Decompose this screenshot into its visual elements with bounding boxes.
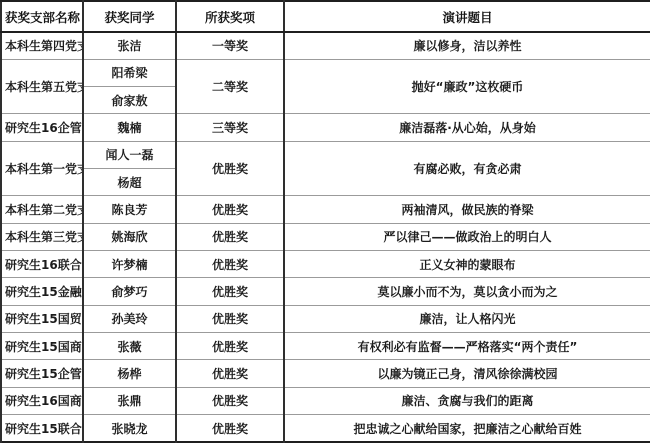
award-cell: 优胜奖 [176,251,284,278]
title-cell: 有权利必有监督——严格落实“两个责任” [284,333,650,360]
header-title: 演讲题目 [284,1,650,32]
branch-cell: 研究生16国商 [1,387,83,414]
award-cell: 二等奖 [176,59,284,114]
student-cell: 俞家敖 [83,87,176,114]
student-cell: 俞梦巧 [83,278,176,305]
award-cell: 一等奖 [176,32,284,59]
award-cell: 优胜奖 [176,141,284,196]
title-cell: 莫以廉小而不为，莫以贪小而为之 [284,278,650,305]
student-cell: 张晓龙 [83,415,176,442]
student-cell: 闻人一磊 [83,141,176,168]
table-row: 研究生15企管 杨桦 优胜奖 以廉为镜正己身，清风徐徐满校园 [1,360,650,387]
title-cell: 廉洁、贪腐与我们的距离 [284,387,650,414]
title-cell: 抛好“廉政”这枚硬币 [284,59,650,114]
student-cell: 陈良芳 [83,196,176,223]
table-row: 本科生第一党支部 闻人一磊 优胜奖 有腐必败，有贪必肃 [1,141,650,168]
table-row: 本科生第四党支部 张洁 一等奖 廉以修身，洁以养性 [1,32,650,59]
table-row: 本科生第五党支部 阳希梁 二等奖 抛好“廉政”这枚硬币 [1,59,650,86]
award-cell: 三等奖 [176,114,284,141]
table-row: 研究生15国贸 孙美玲 优胜奖 廉洁，让人格闪光 [1,305,650,332]
branch-cell: 研究生15金融 [1,278,83,305]
table-row: 研究生16联合 许梦楠 优胜奖 正义女神的蒙眼布 [1,251,650,278]
award-cell: 优胜奖 [176,223,284,250]
branch-cell: 研究生15国贸 [1,305,83,332]
branch-cell: 本科生第三党支部 [1,223,83,250]
student-cell: 魏楠 [83,114,176,141]
title-cell: 严以律己——做政治上的明白人 [284,223,650,250]
branch-cell: 研究生15国商 [1,333,83,360]
award-cell: 优胜奖 [176,360,284,387]
title-cell: 廉以修身，洁以养性 [284,32,650,59]
award-cell: 优胜奖 [176,278,284,305]
student-cell: 杨桦 [83,360,176,387]
branch-cell: 研究生16企管 [1,114,83,141]
student-cell: 许梦楠 [83,251,176,278]
award-cell: 优胜奖 [176,415,284,442]
award-cell: 优胜奖 [176,196,284,223]
branch-cell: 本科生第一党支部 [1,141,83,196]
student-cell: 张洁 [83,32,176,59]
student-cell: 张鼎 [83,387,176,414]
award-cell: 优胜奖 [176,333,284,360]
student-cell: 张薇 [83,333,176,360]
branch-cell: 本科生第二党支部 [1,196,83,223]
table-row: 研究生15金融 俞梦巧 优胜奖 莫以廉小而不为，莫以贪小而为之 [1,278,650,305]
student-cell: 杨超 [83,169,176,196]
branch-cell: 研究生15企管 [1,360,83,387]
title-cell: 廉洁磊落·从心始，从身始 [284,114,650,141]
branch-cell: 研究生15联合 [1,415,83,442]
title-cell: 以廉为镜正己身，清风徐徐满校园 [284,360,650,387]
award-results-table: 获奖支部名称 获奖同学 所获奖项 演讲题目 本科生第四党支部 张洁 一等奖 廉以… [0,0,650,443]
branch-cell: 研究生16联合 [1,251,83,278]
title-cell: 正义女神的蒙眼布 [284,251,650,278]
branch-cell: 本科生第五党支部 [1,59,83,114]
title-cell: 有腐必败，有贪必肃 [284,141,650,196]
header-branch: 获奖支部名称 [1,1,83,32]
table-row: 研究生15国商 张薇 优胜奖 有权利必有监督——严格落实“两个责任” [1,333,650,360]
header-student: 获奖同学 [83,1,176,32]
table-row: 本科生第三党支部 姚海欣 优胜奖 严以律己——做政治上的明白人 [1,223,650,250]
student-cell: 孙美玲 [83,305,176,332]
header-row: 获奖支部名称 获奖同学 所获奖项 演讲题目 [1,1,650,32]
header-award: 所获奖项 [176,1,284,32]
table-row: 本科生第二党支部 陈良芳 优胜奖 两袖清风，做民族的脊梁 [1,196,650,223]
award-cell: 优胜奖 [176,305,284,332]
award-cell: 优胜奖 [176,387,284,414]
table-row: 研究生16企管 魏楠 三等奖 廉洁磊落·从心始，从身始 [1,114,650,141]
title-cell: 把忠诚之心献给国家，把廉洁之心献给百姓 [284,415,650,442]
branch-cell: 本科生第四党支部 [1,32,83,59]
table-row: 研究生16国商 张鼎 优胜奖 廉洁、贪腐与我们的距离 [1,387,650,414]
student-cell: 姚海欣 [83,223,176,250]
title-cell: 廉洁，让人格闪光 [284,305,650,332]
title-cell: 两袖清风，做民族的脊梁 [284,196,650,223]
table-row: 研究生15联合 张晓龙 优胜奖 把忠诚之心献给国家，把廉洁之心献给百姓 [1,415,650,442]
student-cell: 阳希梁 [83,59,176,86]
